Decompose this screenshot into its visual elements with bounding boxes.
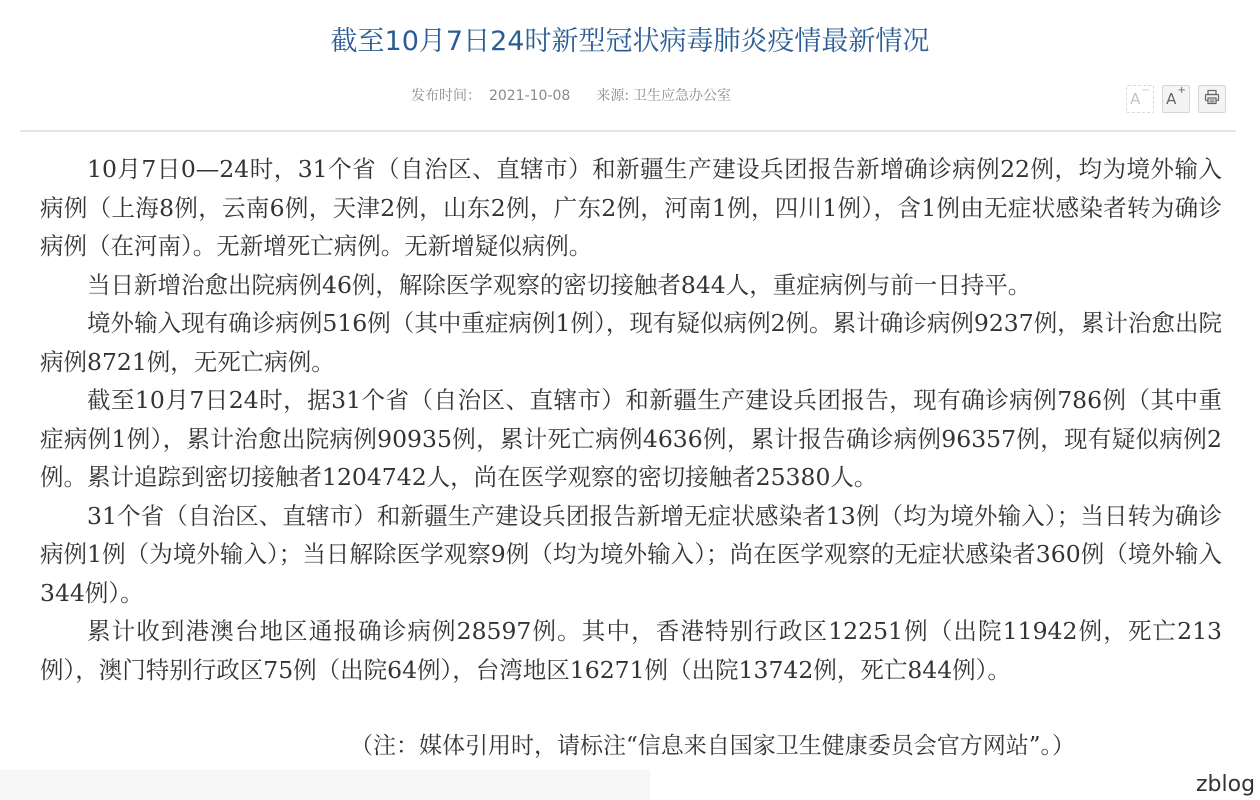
bottom-shade — [0, 770, 650, 800]
printer-icon — [1204, 89, 1220, 109]
source-value: 卫生应急办公室 — [633, 88, 731, 104]
paragraph-recoveries: 当日新增治愈出院病例46例，解除医学观察的密切接触者844人，重症病例与前一日持… — [40, 266, 1222, 305]
font-decrease-icon: A− — [1130, 90, 1150, 108]
font-increase-button[interactable]: A+ — [1162, 85, 1190, 113]
watermark: zblog — [1196, 770, 1255, 800]
citation-note: （注：媒体引用时，请标注“信息来自国家卫生健康委员会官方网站”。） — [350, 728, 1075, 764]
article-meta: 发布时间：2021-10-08来源:卫生应急办公室 — [0, 86, 1142, 106]
publish-date: 2021-10-08 — [489, 88, 570, 104]
article-body: 10月7日0—24时，31个省（自治区、直辖市）和新疆生产建设兵团报告新增确诊病… — [40, 150, 1222, 689]
paragraph-imported: 境外输入现有确诊病例516例（其中重症病例1例），现有疑似病例2例。累计确诊病例… — [40, 304, 1222, 381]
print-button[interactable] — [1198, 85, 1226, 113]
publish-label: 发布时间： — [411, 88, 481, 104]
font-increase-icon: A+ — [1166, 90, 1186, 108]
article-title: 截至10月7日24时新型冠状病毒肺炎疫情最新情况 — [0, 22, 1260, 62]
header-divider — [20, 130, 1236, 132]
paragraph-new-cases: 10月7日0—24时，31个省（自治区、直辖市）和新疆生产建设兵团报告新增确诊病… — [40, 150, 1222, 266]
paragraph-hk-macao-taiwan: 累计收到港澳台地区通报确诊病例28597例。其中，香港特别行政区12251例（出… — [40, 612, 1222, 689]
paragraph-cumulative: 截至10月7日24时，据31个省（自治区、直辖市）和新疆生产建设兵团报告，现有确… — [40, 381, 1222, 497]
article-toolbar: A− A+ — [1126, 85, 1226, 113]
article-page: 截至10月7日24时新型冠状病毒肺炎疫情最新情况 发布时间：2021-10-08… — [0, 0, 1260, 800]
paragraph-asymptomatic: 31个省（自治区、直辖市）和新疆生产建设兵团报告新增无症状感染者13例（均为境外… — [40, 497, 1222, 613]
font-decrease-button[interactable]: A− — [1126, 85, 1154, 113]
source-label: 来源: — [596, 88, 629, 104]
